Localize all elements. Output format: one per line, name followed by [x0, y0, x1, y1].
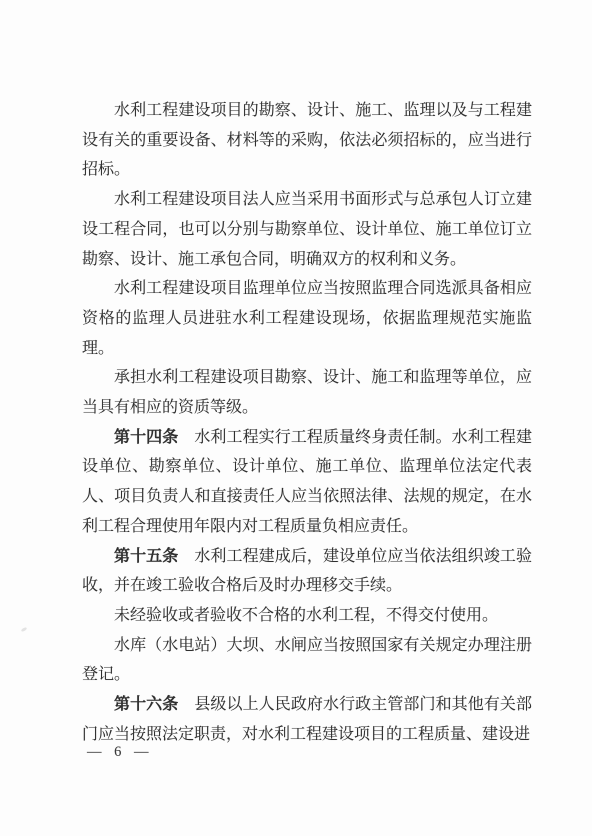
- paragraph-text: 水利工程建设项目的勘察、设计、施工、监理以及与工程建设有关的重要设备、材料等的采…: [82, 102, 532, 178]
- document-page: 水利工程建设项目的勘察、设计、施工、监理以及与工程建设有关的重要设备、材料等的采…: [0, 0, 592, 836]
- doc-paragraph: 未经验收或者验收不合格的水利工程，不得交付使用。: [82, 601, 532, 631]
- doc-paragraph: 水利工程建设项目监理单位应当按照监理合同选派具备相应资格的监理人员进驻水利工程建…: [82, 274, 532, 363]
- paragraph-text: 水利工程建设项目法人应当采用书面形式与总承包人订立建设工程合同，也可以分别与勘察…: [82, 191, 532, 267]
- page-number: — 6 —: [87, 744, 150, 761]
- doc-paragraph-article-15: 第十五条水利工程建成后，建设单位应当依法组织竣工验收，并在竣工验收合格后及时办理…: [82, 542, 532, 601]
- paragraph-text: 水库（水电站）大坝、水闸应当按照国家有关规定办理注册登记。: [82, 637, 532, 684]
- doc-paragraph: 水库（水电站）大坝、水闸应当按照国家有关规定办理注册登记。: [82, 631, 532, 690]
- doc-paragraph: 水利工程建设项目法人应当采用书面形式与总承包人订立建设工程合同，也可以分别与勘察…: [82, 185, 532, 274]
- scan-artifact: [21, 627, 28, 633]
- article-label: 第十六条: [114, 696, 178, 713]
- doc-paragraph-article-16: 第十六条县级以上人民政府水行政主管部门和其他有关部门应当按照法定职责，对水利工程…: [82, 690, 532, 749]
- doc-paragraph: 承担水利工程建设项目勘察、设计、施工和监理等单位，应当具有相应的资质等级。: [82, 363, 532, 422]
- article-label: 第十四条: [114, 429, 178, 446]
- doc-paragraph: 水利工程建设项目的勘察、设计、施工、监理以及与工程建设有关的重要设备、材料等的采…: [82, 96, 532, 185]
- doc-paragraph-article-14: 第十四条水利工程实行工程质量终身责任制。水利工程建设单位、勘察单位、设计单位、施…: [82, 423, 532, 542]
- paragraph-text: 未经验收或者验收不合格的水利工程，不得交付使用。: [114, 607, 498, 624]
- document-text: 水利工程建设项目的勘察、设计、施工、监理以及与工程建设有关的重要设备、材料等的采…: [82, 96, 532, 749]
- paragraph-text: 水利工程建设项目监理单位应当按照监理合同选派具备相应资格的监理人员进驻水利工程建…: [82, 280, 532, 356]
- paragraph-text: 承担水利工程建设项目勘察、设计、施工和监理等单位，应当具有相应的资质等级。: [82, 369, 532, 416]
- article-label: 第十五条: [114, 548, 178, 565]
